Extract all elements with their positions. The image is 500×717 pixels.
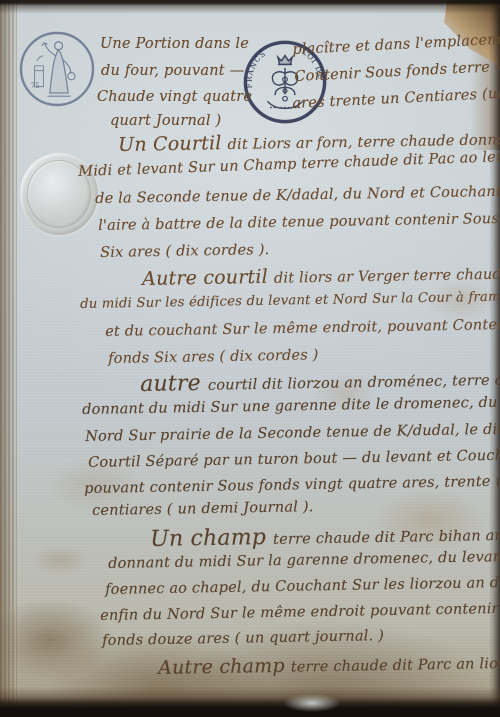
paragraph-opener: Un champ	[150, 525, 266, 552]
manuscript-line: Chaude vingt quatre	[97, 89, 252, 105]
manuscript-line: Nord Sur prairie de la Seconde tenue de …	[85, 422, 500, 445]
manuscript-line: placître et dans l'emplacemen	[292, 31, 500, 58]
manuscript-line: fonds Six ares ( dix cordes )	[108, 347, 319, 367]
bottom-paper-fragment	[283, 694, 341, 712]
manuscript-line: pouvant contenir Sous fonds vingt quatre…	[84, 473, 500, 497]
manuscript-line: fonds douze ares ( un quart journal. )	[102, 628, 384, 649]
stamp-arc-left-text: FRANCS	[245, 49, 268, 89]
manuscript-line: du midi Sur les édifices du levant et No…	[80, 289, 500, 312]
manuscript-line: enfin du Nord Sur le même endroit pouvan…	[100, 600, 500, 624]
manuscript-page: 75 FRANCS LOI DE Une Portion dans le pla…	[0, 0, 500, 717]
manuscript-line: quart Journal )	[110, 113, 221, 129]
stamp-number: 75	[31, 81, 41, 90]
allegorical-figure-stamp-icon: 75	[16, 29, 98, 109]
manuscript-line: Courtil Séparé par un turon bout — du le…	[88, 447, 500, 471]
manuscript-line: Autre champterre chaude dit Parc an lios	[158, 651, 500, 679]
manuscript-line: Six ares ( dix cordes ).	[100, 242, 270, 261]
manuscript-line: centiares ( un demi Journal ).	[92, 499, 314, 519]
manuscript-line: donnant du midi Sur la garenne dromenec,…	[108, 548, 500, 572]
manuscript-line: Autre courtildit liors ar Verger terre c…	[142, 260, 500, 290]
manuscript-line: du four, pouvant —	[101, 63, 244, 79]
manuscript-line: foennec ao chapel, du Couchant Sur les l…	[105, 574, 500, 598]
paragraph-opener: autre	[140, 371, 201, 397]
left-page-edge	[0, 0, 17, 717]
manuscript-line: Une Portion dans le	[100, 36, 249, 52]
manuscript-line: l'aire à battre de la dite tenue pouvant…	[98, 210, 500, 234]
paragraph-opener: Autre champ	[158, 655, 285, 679]
manuscript-line: donnant du midi Sur une garenne dite le …	[82, 394, 500, 418]
paragraph-opener: Autre courtil	[142, 266, 268, 290]
manuscript-line: Un champterre chaude dit Parc bihan an d…	[150, 519, 500, 552]
manuscript-line: autrecourtil dit liorzou an droménec, te…	[140, 365, 500, 397]
manuscript-line: de la Seconde tenue de K/dadal, du Nord …	[95, 183, 500, 207]
bottom-page-edge	[0, 687, 500, 717]
top-page-edge	[0, 0, 500, 14]
manuscript-line: et du couchant Sur le même endroit, pouv…	[105, 316, 500, 340]
paragraph-opener: Un Courtil	[118, 132, 222, 156]
svg-text:FRANCS: FRANCS	[245, 49, 268, 89]
